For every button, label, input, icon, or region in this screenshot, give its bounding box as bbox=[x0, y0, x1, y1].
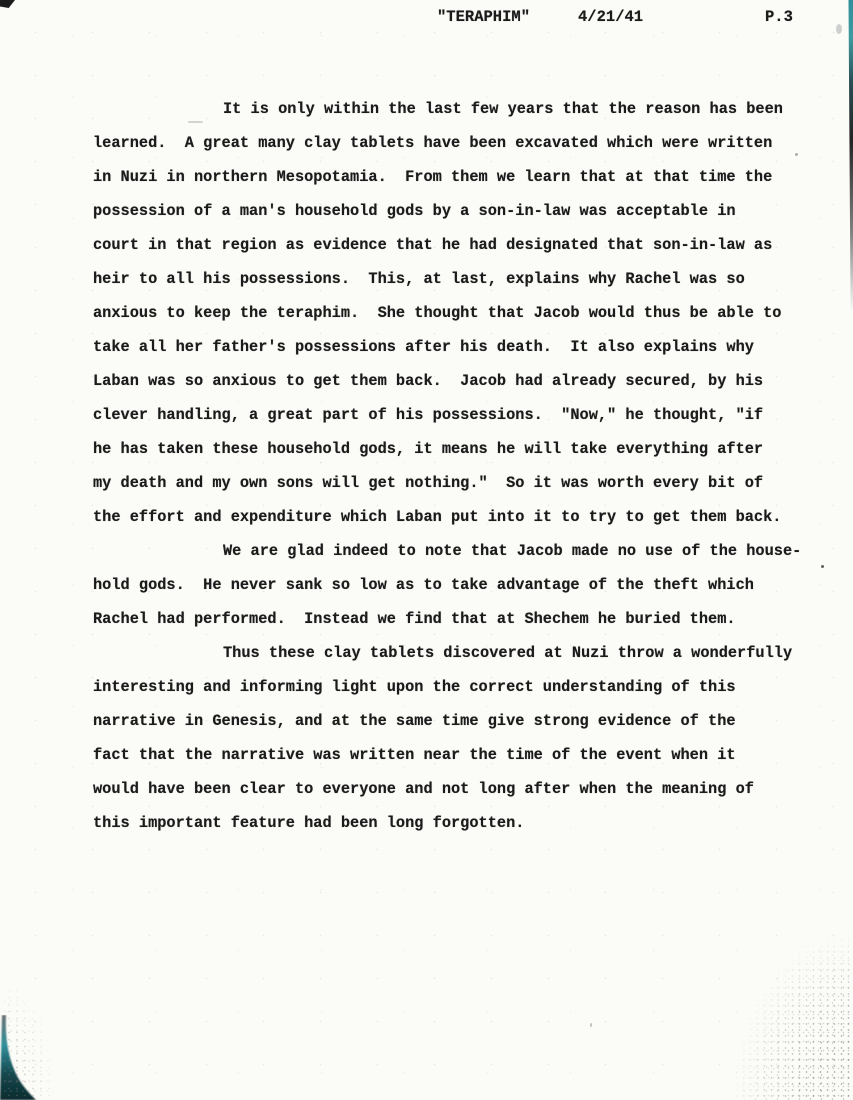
scan-speck bbox=[590, 1023, 592, 1027]
page-header: "TERAPHIM" 4/21/41 P.3 bbox=[0, 8, 853, 98]
scan-mark-top-left bbox=[0, 0, 15, 8]
scanned-document-page: "TERAPHIM" 4/21/41 P.3 It is only within… bbox=[0, 0, 853, 1100]
scan-speck bbox=[836, 24, 842, 34]
scan-speckles-bottom-left bbox=[4, 950, 64, 1100]
document-date: 4/21/41 bbox=[578, 8, 643, 26]
scan-speck bbox=[795, 153, 798, 156]
scan-speck bbox=[821, 565, 824, 568]
scan-speck bbox=[188, 121, 203, 123]
page-number: P.3 bbox=[765, 8, 793, 26]
document-title: "TERAPHIM" bbox=[437, 8, 530, 26]
paragraph-1: It is only within the last few years tha… bbox=[93, 92, 823, 534]
paragraph-3: Thus these clay tablets discovered at Nu… bbox=[93, 636, 823, 840]
paragraph-2: We are glad indeed to note that Jacob ma… bbox=[93, 534, 823, 636]
scan-speckles-bottom-right bbox=[733, 925, 853, 1100]
document-body: It is only within the last few years tha… bbox=[93, 92, 823, 840]
